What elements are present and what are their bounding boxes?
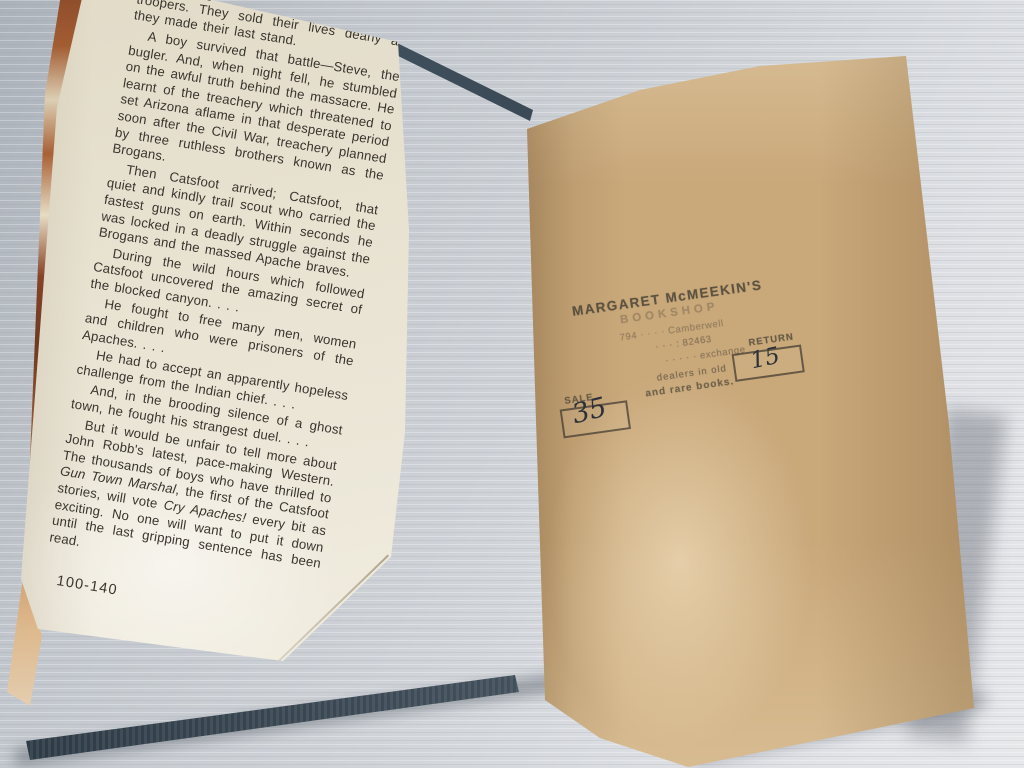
- handwritten-return-price: 15: [748, 343, 782, 375]
- book-photo: MARGARET McMEEKIN'S BOOKSHOP 794 · · · ·…: [0, 0, 1024, 768]
- handwritten-sale-price: 35: [569, 392, 610, 430]
- sale-price-box: 35: [560, 400, 631, 438]
- bookshop-stamp: MARGARET McMEEKIN'S BOOKSHOP 794 · · · ·…: [539, 273, 812, 449]
- flap-blurb: cavalry column never had a chance when t…: [42, 0, 415, 630]
